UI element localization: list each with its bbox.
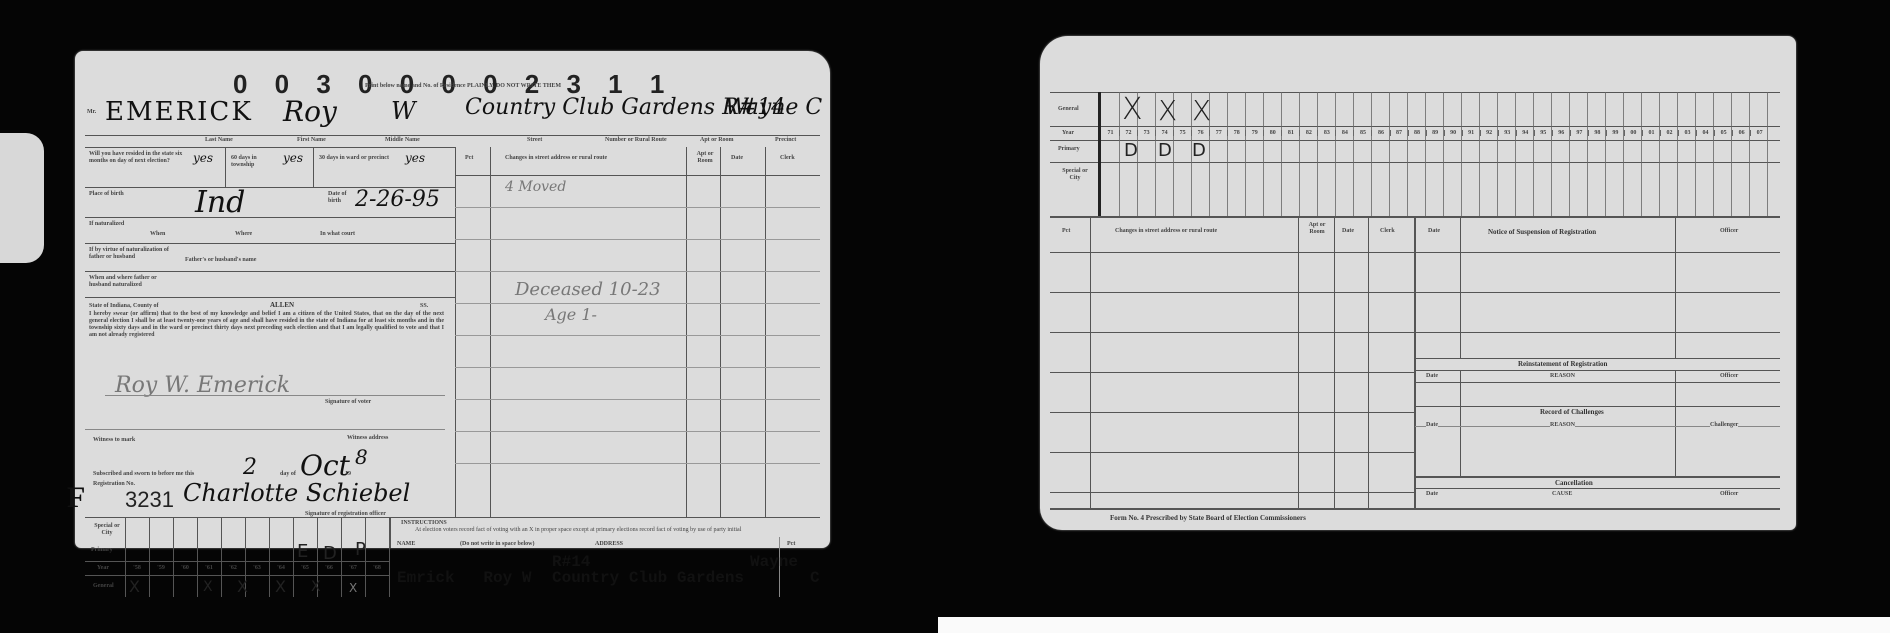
typed-precinct: C <box>810 569 820 587</box>
rule <box>1050 372 1415 373</box>
suspension-header-date: Date <box>1428 228 1440 235</box>
rule <box>455 335 820 336</box>
apt-label: Apt or Room <box>700 137 734 144</box>
father-name-label: Father's or husband's name <box>185 257 256 264</box>
divider <box>1414 218 1416 508</box>
rule <box>1050 452 1415 453</box>
registration-number: 3231 <box>125 487 174 513</box>
header-note: Print below name and No. of Residence PL… <box>365 83 615 90</box>
rule <box>1415 406 1780 407</box>
changes-header-address: Changes in street address or rural route <box>505 155 607 162</box>
primary-mark: D <box>1158 140 1172 161</box>
first-name-label: First Name <box>297 137 326 144</box>
instructions-text: At election voters record fact of voting… <box>415 527 815 534</box>
rule <box>85 575 390 576</box>
father-when-where-label: When and where father or husband natural… <box>89 275 179 289</box>
divider <box>1460 370 1461 476</box>
primary-mark: D <box>1192 140 1206 161</box>
oath-state-county: State of Indiana, County of <box>89 303 159 310</box>
general-mark: X <box>349 581 357 595</box>
subscribed-year: 8 <box>355 445 368 469</box>
township-precinct: Wayne C <box>725 95 822 120</box>
rule <box>1415 358 1780 359</box>
naturalized-when-label: When <box>150 231 165 238</box>
divider <box>1334 218 1335 508</box>
rule <box>85 243 455 244</box>
grid-row-special: Special or City <box>1060 168 1090 182</box>
residence-township-question: 60 days in township <box>231 155 281 169</box>
rule <box>455 175 820 176</box>
changes-header-pct: Pct <box>1062 228 1070 235</box>
rule <box>455 239 820 240</box>
rule <box>455 207 820 208</box>
registration-card-back: General Year Primary Special or City 71 … <box>1040 36 1796 530</box>
middle-name-label: Middle Name <box>385 137 420 144</box>
changes-header-clerk: Clerk <box>780 155 795 162</box>
changes-header-date: Date <box>1342 228 1354 235</box>
general-mark: X <box>203 579 213 595</box>
residence-top-rule <box>85 147 455 148</box>
primary-mark: P <box>355 539 366 560</box>
birth-place-label: Place of birth <box>89 191 129 198</box>
residence-ward-answer: yes <box>405 151 425 165</box>
left-grid-years: '58 '59 '60 '61 '62 '63 '64 '65 '66 '67 … <box>125 565 389 571</box>
last-name: EMERICK <box>105 97 253 127</box>
grid-row-primary: Primary <box>91 547 113 554</box>
witness-address-label: Witness address <box>347 435 388 442</box>
oath-text: I hereby swear (or affirm) that to the b… <box>89 311 444 339</box>
birth-date: 2-26-95 <box>355 187 440 212</box>
birth-place: Ind <box>195 185 245 220</box>
divider <box>313 147 314 187</box>
naturalized-where-label: Where <box>235 231 252 238</box>
divider <box>1675 370 1676 476</box>
general-mark: X <box>311 579 321 595</box>
name-row-rule <box>85 135 820 136</box>
divider <box>490 147 491 517</box>
rule <box>1415 292 1780 293</box>
rule <box>455 431 820 432</box>
subscribed-month: Oct <box>300 449 350 482</box>
oath-ss: SS. <box>420 303 428 310</box>
naturalized-label: If naturalized <box>89 221 124 228</box>
subscribed-day: 2 <box>243 455 257 480</box>
general-mark: X <box>129 577 140 596</box>
grid-row-year: Year <box>1062 130 1074 137</box>
divider <box>390 517 391 548</box>
challenges-header-reason: REASON <box>1550 422 1575 429</box>
signature-line <box>105 395 445 396</box>
rule <box>1050 412 1415 413</box>
reinstatement-header-officer: Officer <box>1720 373 1738 380</box>
cancellation-header-cause: CAUSE <box>1552 491 1572 498</box>
general-mark: X <box>275 577 286 596</box>
grid-row-special: Special or City <box>91 523 123 537</box>
divider <box>225 147 226 187</box>
rule <box>1050 332 1415 333</box>
reinstatement-header-reason: REASON <box>1550 373 1575 380</box>
last-name-label: Last Name <box>205 137 233 144</box>
grid-row-general: General <box>93 583 114 590</box>
witness-mark-label: Witness to mark <box>93 437 135 444</box>
divider <box>1090 218 1091 508</box>
day-of-label: day of <box>280 471 296 478</box>
cancellation-title: Cancellation <box>1555 479 1593 487</box>
street-label: Street <box>527 137 542 144</box>
voter-signature-label: Signature of voter <box>325 399 371 406</box>
instructions-title: INSTRUCTIONS <box>401 520 447 527</box>
primary-mark: D <box>323 543 337 564</box>
rule <box>1050 292 1415 293</box>
changes-entry: 4 Moved <box>505 179 566 195</box>
general-mark: X <box>1122 92 1143 127</box>
rule <box>1415 332 1780 333</box>
rule <box>85 217 455 218</box>
changes-header-apt: Apt or Room <box>1304 222 1330 236</box>
changes-header-address: Changes in street address or rural route <box>1115 228 1217 235</box>
grid-row-primary: Primary <box>1058 146 1080 153</box>
rule <box>1050 492 1415 493</box>
precinct-label: Precinct <box>775 137 796 144</box>
divider <box>686 147 687 517</box>
rule <box>1415 476 1780 478</box>
rule <box>455 271 820 272</box>
typed-name: Emrick Roy W <box>397 569 531 587</box>
do-not-write-label: (Do not write in space below) <box>460 541 535 548</box>
general-mark: X <box>237 577 248 596</box>
scan-edge-strip <box>938 617 1890 633</box>
cancellation-header-date: Date <box>1426 491 1438 498</box>
deceased-note-2: Age 1- <box>545 305 597 324</box>
name-label: NAME <box>397 541 415 548</box>
changes-header-date: Date <box>731 155 743 162</box>
birth-date-label: Date of birth <box>328 191 358 205</box>
registration-card-front: 0 0 3 0 0 0 0 2 3 1 1 Print below name a… <box>75 51 830 548</box>
residence-ward-question: 30 days in ward or precinct <box>319 155 389 162</box>
suspension-title: Notice of Suspension of Registration <box>1488 228 1596 236</box>
changes-header-apt: Apt or Room <box>693 151 717 165</box>
naturalized-court-label: In what court <box>320 231 355 238</box>
rule <box>85 561 390 562</box>
rule <box>455 303 820 304</box>
challenges-header-date: Date <box>1426 422 1438 429</box>
subscribed-text: Subscribed and sworn to before me this <box>93 471 194 478</box>
challenges-title: Record of Challenges <box>1540 408 1604 416</box>
prefix-label: Mr. <box>87 109 96 116</box>
reinstatement-title: Reinstatement of Registration <box>1518 360 1607 368</box>
rule <box>1415 370 1780 371</box>
year-prefix: 19 <box>345 471 351 478</box>
rule <box>85 429 445 430</box>
divider <box>765 147 766 517</box>
typed-street: Country Club Gardens <box>552 569 744 587</box>
file-letter: F <box>67 481 85 515</box>
rule <box>455 399 820 400</box>
general-mark: X <box>1158 94 1177 127</box>
rule <box>85 271 455 272</box>
grid-row-general: General <box>1058 106 1079 113</box>
divider <box>1675 218 1676 358</box>
address-label: ADDRESS <box>595 541 623 548</box>
rule <box>85 297 455 298</box>
typed-township: Wayne <box>750 553 798 571</box>
father-naturalization-label: If by virtue of naturalization of father… <box>89 247 169 261</box>
residence-township-answer: yes <box>283 151 303 165</box>
suspension-header-officer: Officer <box>1720 228 1738 235</box>
divider <box>720 147 721 517</box>
general-mark: X <box>1192 94 1211 127</box>
number-label: Number or Rural Route <box>605 137 667 144</box>
residence-state-answer: yes <box>193 151 213 165</box>
divider <box>455 147 456 517</box>
divider <box>1098 92 1101 216</box>
changes-header-pct: Pct <box>465 155 473 162</box>
deceased-note: Deceased 10-23 <box>515 279 661 300</box>
divider <box>1298 218 1299 508</box>
oath-county: ALLEN <box>270 301 294 309</box>
primary-mark: E <box>297 541 308 562</box>
rule <box>1415 252 1780 253</box>
form-footer: Form No. 4 Prescribed by State Board of … <box>1110 514 1306 522</box>
rule <box>455 463 820 464</box>
rule <box>1050 508 1780 510</box>
pct-label: Pct <box>787 541 795 548</box>
adjacent-card-edge <box>0 133 44 263</box>
primary-mark: D <box>1124 140 1138 161</box>
rule <box>1415 488 1780 489</box>
first-name: Roy <box>283 95 337 128</box>
reinstatement-header-date: Date <box>1426 373 1438 380</box>
rule <box>1050 252 1415 253</box>
residence-state-question: Will you have resided in the state six m… <box>89 151 189 165</box>
challenges-header-challenger: Challenger <box>1710 422 1738 429</box>
divider <box>1460 218 1461 358</box>
changes-header-clerk: Clerk <box>1380 228 1395 235</box>
officer-signature: Charlotte Schiebel <box>183 479 410 507</box>
grid-row-year: Year <box>97 565 109 572</box>
middle-name: W <box>391 97 416 125</box>
divider <box>1368 218 1369 508</box>
rule <box>455 367 820 368</box>
cancellation-header-officer: Officer <box>1720 491 1738 498</box>
rule <box>1415 382 1780 383</box>
left-voting-grid <box>125 517 390 548</box>
